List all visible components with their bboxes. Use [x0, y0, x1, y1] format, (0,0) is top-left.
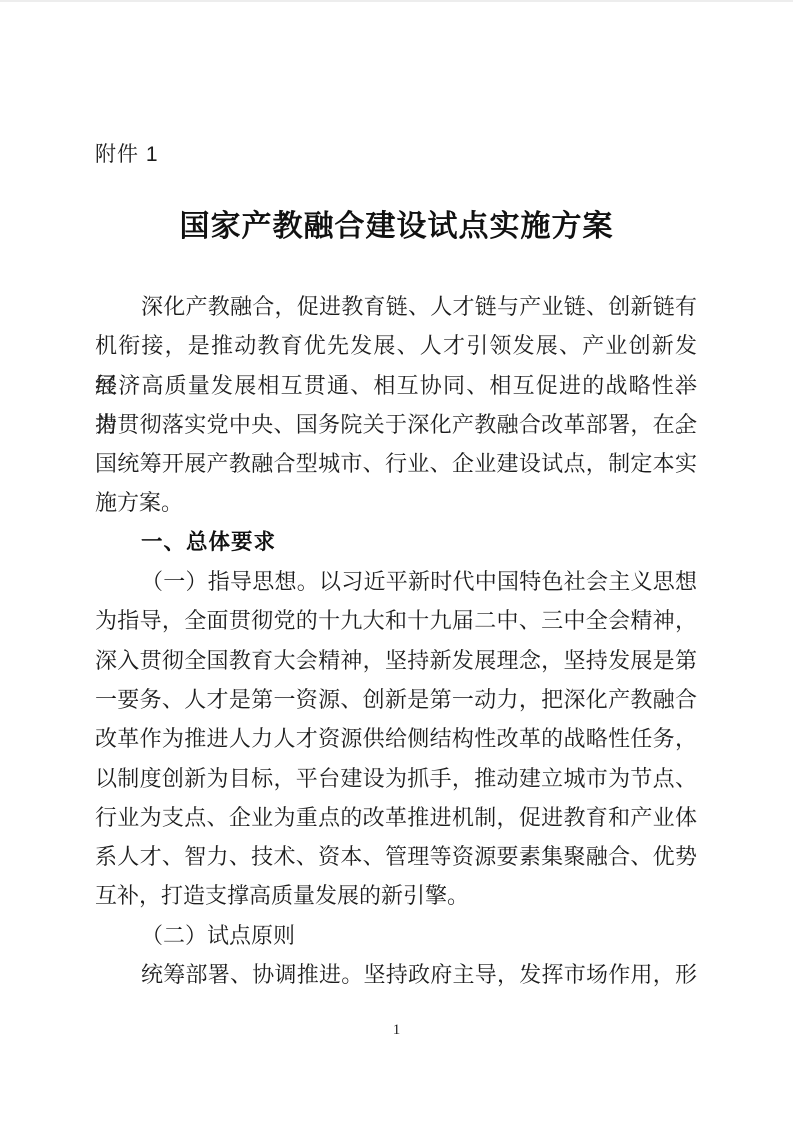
subsection-heading: （二）试点原则	[95, 916, 697, 955]
page-number: 1	[0, 1022, 793, 1039]
body-line: 机衔接，是推动教育优先发展、人才引领发展、产业创新发展、	[95, 326, 697, 365]
body-line: 系人才、智力、技术、资本、管理等资源要素集聚融合、优势	[95, 837, 697, 876]
document-body: 深化产教融合，促进教育链、人才链与产业链、创新链有 机衔接，是推动教育优先发展、…	[95, 287, 697, 994]
body-line: 深化产教融合，促进教育链、人才链与产业链、创新链有	[95, 287, 697, 326]
body-line: 经济高质量发展相互贯通、相互协同、相互促进的战略性举措。	[95, 366, 697, 405]
body-line: 互补，打造支撑高质量发展的新引擎。	[95, 876, 697, 915]
attachment-label: 附件 1	[95, 138, 159, 168]
body-line: 施方案。	[95, 483, 697, 522]
body-line: 为贯彻落实党中央、国务院关于深化产教融合改革部署，在全	[95, 405, 697, 444]
document-page: 附件 1 国家产教融合建设试点实施方案 深化产教融合，促进教育链、人才链与产业链…	[0, 0, 793, 1124]
body-line: 行业为支点、企业为重点的改革推进机制，促进教育和产业体	[95, 798, 697, 837]
body-line: 国统筹开展产教融合型城市、行业、企业建设试点，制定本实	[95, 444, 697, 483]
body-line: 深入贯彻全国教育大会精神，坚持新发展理念，坚持发展是第	[95, 641, 697, 680]
document-title: 国家产教融合建设试点实施方案	[0, 201, 793, 245]
body-line: 一要务、人才是第一资源、创新是第一动力，把深化产教融合	[95, 680, 697, 719]
section-heading: 一、总体要求	[95, 523, 697, 562]
body-line: （一）指导思想。以习近平新时代中国特色社会主义思想	[95, 562, 697, 601]
body-line: 以制度创新为目标，平台建设为抓手，推动建立城市为节点、	[95, 759, 697, 798]
body-line: 改革作为推进人力人才资源供给侧结构性改革的战略性任务，	[95, 719, 697, 758]
body-line: 为指导，全面贯彻党的十九大和十九届二中、三中全会精神，	[95, 601, 697, 640]
body-line: 统筹部署、协调推进。坚持政府主导，发挥市场作用，形	[95, 955, 697, 994]
